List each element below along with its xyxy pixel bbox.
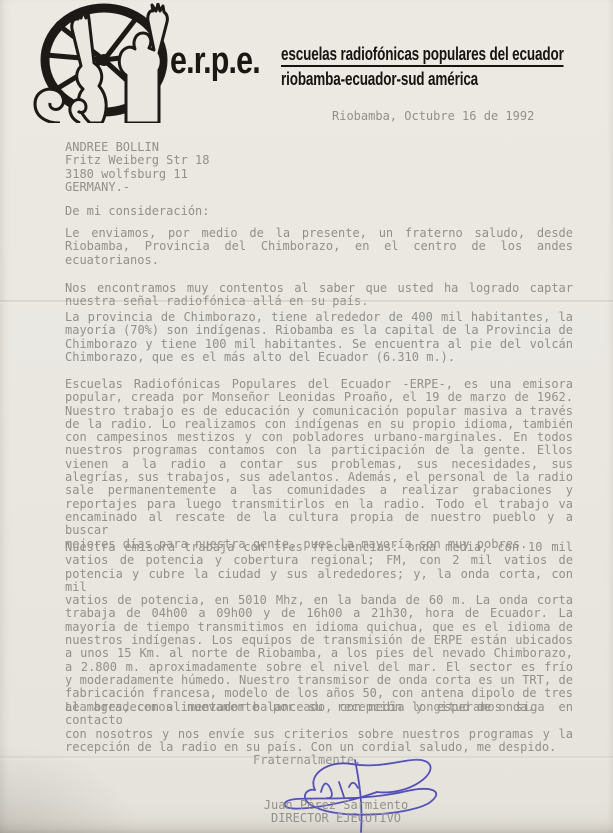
body-line: encaminado al rescate de la cultura prop… — [65, 511, 573, 538]
org-name-line2: riobamba-ecuador-sud américa — [281, 69, 564, 88]
signer-title: DIRECTOR EJECUTIVO — [230, 812, 442, 825]
recipient-line: GERMANY.- — [65, 181, 210, 194]
body-line: vatios de potencia, en 5010 Mhz, en la b… — [65, 594, 573, 607]
letter-page: e.r.p.e. escuelas radiofónicas populares… — [0, 0, 613, 833]
recipient-line: Fritz Weiberg Str 18 — [65, 154, 210, 167]
body-line: Escuelas Radiofónicas Populares del Ecua… — [65, 378, 573, 391]
recipient-address: ANDREE BOLLINFritz Weiberg Str 183180 wo… — [65, 141, 210, 195]
body-line: Nuestro trabajo es de educación y comuni… — [65, 405, 573, 418]
body-line: sale permanentemente a las comunidades a… — [65, 484, 573, 497]
body-line: ecuatorianos. — [65, 254, 573, 267]
body-line: Riobamba, Provincia del Chimborazo, en e… — [65, 240, 573, 253]
body-line: trabaja de 04h00 a 09h00 y de 16h00 a 21… — [65, 607, 573, 620]
body-line: Le enviamos, por medio de la presente, u… — [65, 227, 573, 240]
body-line: vatios de potencia y cobertura regional;… — [65, 554, 573, 567]
body-line: nuestra señal radiofónica allá en su paí… — [65, 295, 573, 308]
dateline: Riobamba, Octubre 16 de 1992 — [332, 109, 534, 123]
erpe-acronym: e.r.p.e. — [170, 40, 260, 83]
body-line: reportajes para luego transmitirlos en l… — [65, 498, 573, 511]
paragraph-frequencies: Nuestra emisora trabaja con tres frecuen… — [65, 541, 573, 714]
signature-block: Juan Pérez Sarmiento DIRECTOR EJECUTIVO — [230, 799, 442, 826]
body-line: mayoría de tiempo transmitimos en idioma… — [65, 621, 573, 634]
body-line: nuestros indígenas. Los equipos de trans… — [65, 634, 573, 647]
body-line: popular, creada por Monseñor Leonidas Pr… — [65, 391, 573, 404]
org-name: escuelas radiofónicas populares del ecua… — [281, 44, 564, 88]
body-line: a unos 15 Km. al norte de Riobamba, a lo… — [65, 647, 573, 660]
erpe-logo-icon — [20, 3, 172, 123]
body-line: Chimborazo, que es el más alto del Ecuad… — [65, 351, 573, 364]
body-line: con nosotros y nos envíe sus criterios s… — [65, 728, 573, 741]
body-line: Le agradecemos nuevamente por su recepci… — [65, 701, 573, 728]
body-line: y moderadamente húmedo. Nuestro transmis… — [65, 674, 573, 687]
paragraph-farewell: Le agradecemos nuevamente por su recepci… — [65, 701, 573, 754]
body-line: vienen a la radio a contar sus problemas… — [65, 458, 573, 471]
body-line: con campesinos mestizos y con pobladores… — [65, 431, 573, 444]
body-line: La provincia de Chimborazo, tiene alrede… — [65, 311, 573, 324]
paper-shadow — [0, 743, 140, 833]
body-line: fabricación francesa, modelo de los años… — [65, 687, 573, 700]
body-line: a 2.800 m. aproximadamente sobre el nive… — [65, 661, 573, 674]
salutation: De mi consideración: — [65, 204, 210, 218]
body-line: Chimborazo y tiene 100 mil habitantes. S… — [65, 338, 573, 351]
body-line: mayoría (70%) son indígenas. Riobamba es… — [65, 324, 573, 337]
body-line: nuestros programas contamos con la parti… — [65, 444, 573, 457]
paragraph-erpe-history: Escuelas Radiofónicas Populares del Ecua… — [65, 378, 573, 551]
body-line: alegrías, sus trabajos, sus adelantos. A… — [65, 471, 573, 484]
paragraph-greeting: Le enviamos, por medio de la presente, u… — [65, 227, 573, 267]
body-line: Nuestra emisora trabaja con tres frecuen… — [65, 541, 573, 554]
paragraph-province: La provincia de Chimborazo, tiene alrede… — [65, 311, 573, 364]
body-line: de la radio. Lo realizamos con indígenas… — [65, 418, 573, 431]
recipient-line: ANDREE BOLLIN — [65, 141, 210, 154]
body-line: Nos encontramos muy contentos al saber q… — [65, 282, 573, 295]
body-line: potencia y cubre la ciudad y sus alreded… — [65, 568, 573, 595]
signer-name: Juan Pérez Sarmiento — [230, 799, 442, 812]
org-name-line1: escuelas radiofónicas populares del ecua… — [281, 44, 564, 67]
paragraph-reception: Nos encontramos muy contentos al saber q… — [65, 282, 573, 309]
recipient-line: 3180 wolfsburg 11 — [65, 168, 210, 181]
